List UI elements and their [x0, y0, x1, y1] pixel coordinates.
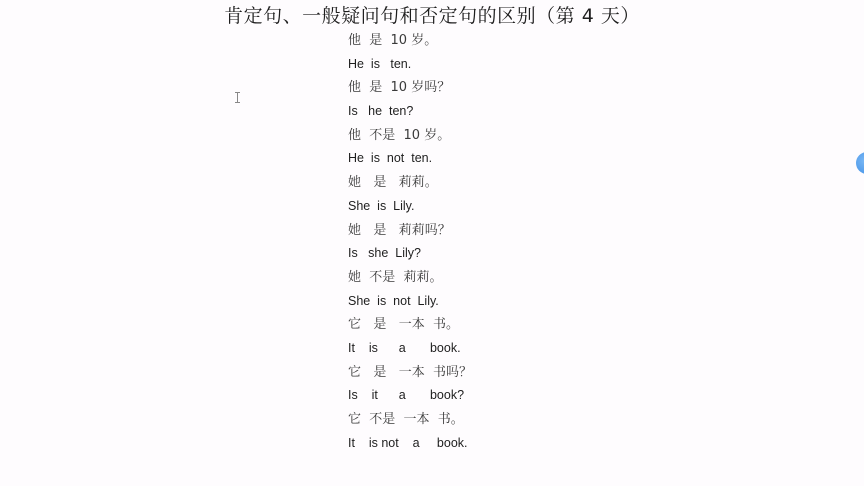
sentence-line-zh: 她 是 莉莉。	[348, 171, 472, 195]
sentence-line-zh: 她 不是 莉莉。	[348, 266, 472, 290]
sentence-line-zh: 它 是 一本 书吗？	[348, 361, 472, 385]
sentence-line-en: It is not a book.	[348, 432, 472, 456]
sentence-line-zh: 他 是 10 岁。	[348, 29, 472, 53]
sentence-line-en: Is he ten?	[348, 100, 472, 124]
sentence-line-en: He is ten.	[348, 53, 472, 77]
sentence-line-en: He is not ten.	[348, 147, 472, 171]
text-cursor-icon	[234, 92, 241, 103]
sentence-line-en: It is a book.	[348, 337, 472, 361]
floating-edge-button[interactable]	[856, 152, 864, 174]
sentence-line-en: Is it a book?	[348, 384, 472, 408]
sentence-line-zh: 它 不是 一本 书。	[348, 408, 472, 432]
sentence-line-en: She is Lily.	[348, 195, 472, 219]
sentence-line-zh: 他 不是 10 岁。	[348, 124, 472, 148]
sentence-list: 他 是 10 岁。 He is ten. 他 是 10 岁吗？ Is he te…	[348, 29, 472, 455]
sentence-line-zh: 他 是 10 岁吗？	[348, 76, 472, 100]
sentence-line-en: She is not Lily.	[348, 290, 472, 314]
sentence-line-zh: 她 是 莉莉吗？	[348, 219, 472, 243]
document-title: 肯定句、一般疑问句和否定句的区别（第 4 天）	[0, 4, 864, 28]
sentence-line-zh: 它 是 一本 书。	[348, 313, 472, 337]
sentence-line-en: Is she Lily?	[348, 242, 472, 266]
